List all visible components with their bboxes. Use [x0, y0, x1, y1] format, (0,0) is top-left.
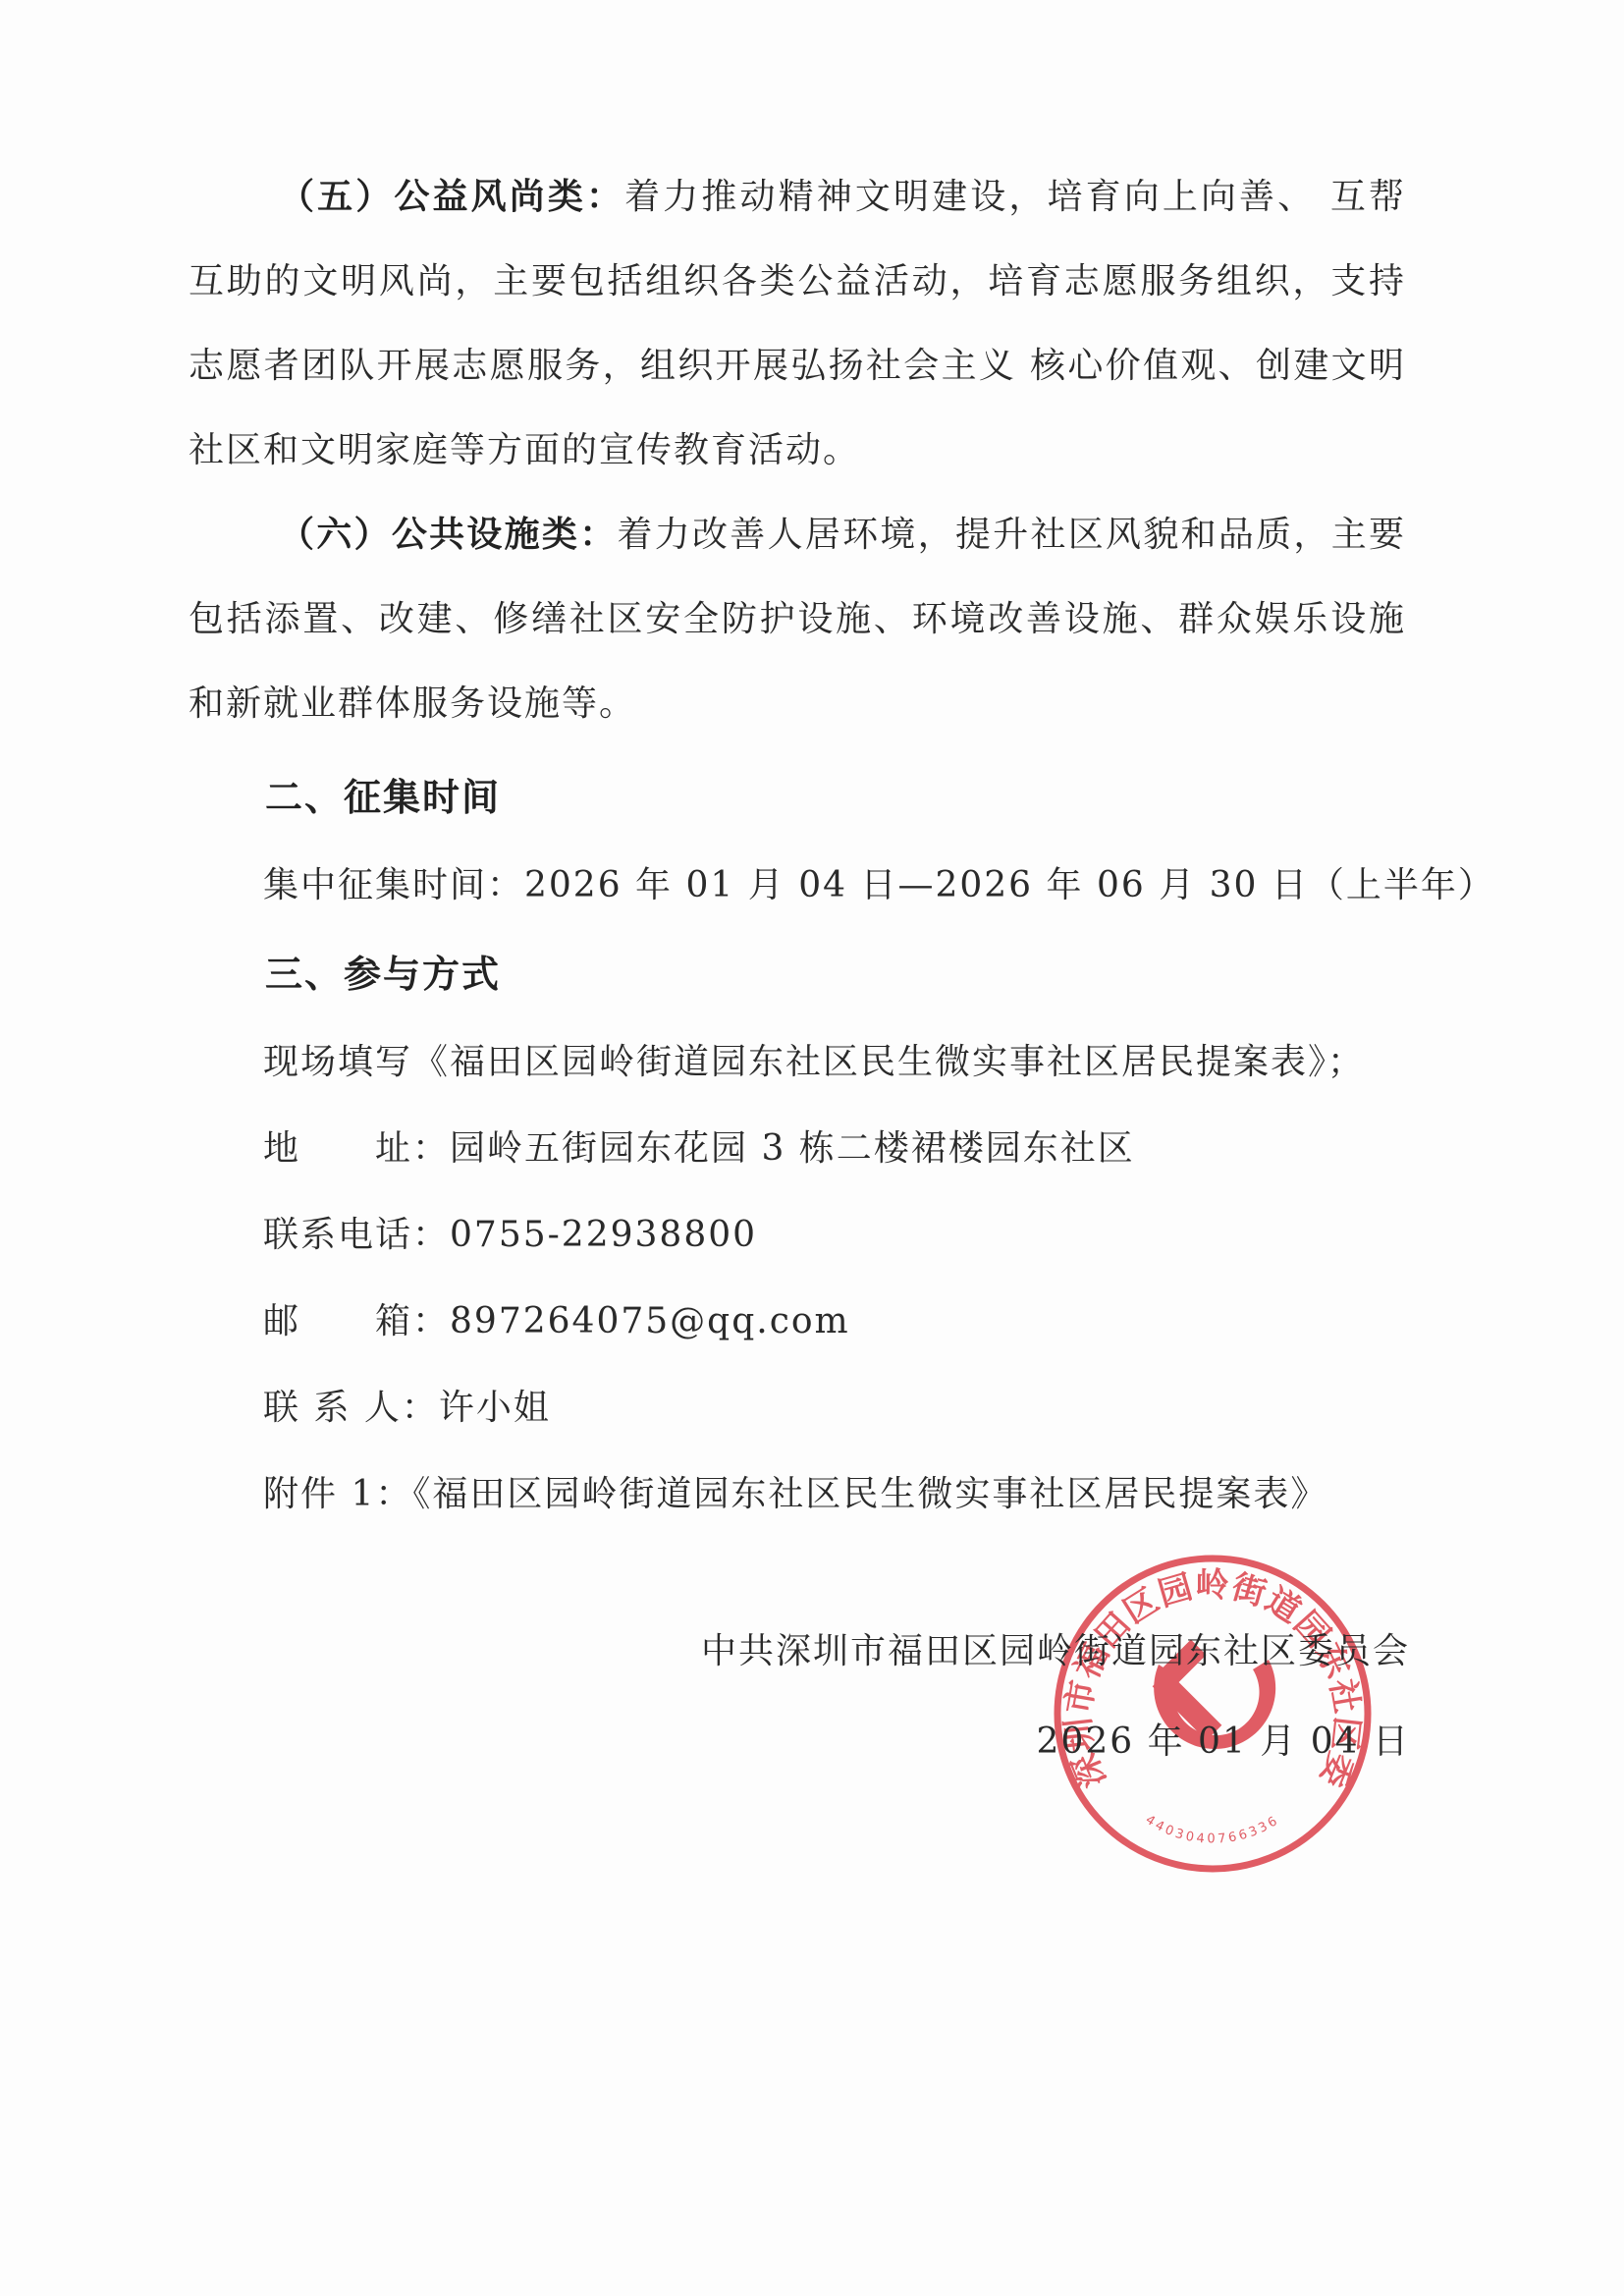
collection-time-text: 集中征集时间：2026 年 01 月 04 日—2026 年 06 月 30 日… [263, 864, 1495, 907]
onsite-instruction: 现场填写《福田区园岭街道园东社区民生微实事社区居民提案表》； [263, 1041, 1365, 1084]
paragraph-section-six: （六）公共设施类：着力改善人居环境，提升社区风貌和品质，主要包括添置、改建、修缮… [189, 493, 1406, 746]
svg-text:4403040766336: 4403040766336 [1143, 1813, 1282, 1847]
address-row: 地 址：园岭五街园东花园 3 栋二楼裙楼园东社区 [263, 1127, 1135, 1171]
signature-date: 2026 年 01 月 04 日 [1037, 1721, 1410, 1764]
contact-row: 联 系 人：许小姐 [263, 1387, 551, 1430]
address-label: 地 址： [263, 1128, 450, 1169]
email-value: 897264075@qq.com [450, 1301, 850, 1341]
email-label: 邮 箱： [263, 1301, 450, 1341]
section-five-label: （五）公益风尚类： [279, 177, 624, 217]
contact-value: 许小姐 [439, 1388, 551, 1428]
section-six-label: （六）公共设施类： [279, 515, 617, 555]
attachment-line: 附件 1：《福田区园岭街道园东社区民生微实事社区居民提案表》 [263, 1473, 1327, 1516]
phone-value: 0755-22938800 [450, 1215, 757, 1255]
heading-participation: 三、参与方式 [265, 953, 501, 996]
paragraph-section-five: （五）公益风尚类：着力推动精神文明建设，培育向上向善、 互帮互助的文明风尚，主要… [189, 155, 1406, 493]
section-five-text: 着力推动精神文明建设，培育向上向善、 互帮互助的文明风尚，主要包括组织各类公益活… [189, 177, 1406, 470]
document-page: （五）公益风尚类：着力推动精神文明建设，培育向上向善、 互帮互助的文明风尚，主要… [0, 0, 1624, 2296]
phone-label: 联系电话： [263, 1215, 450, 1255]
signature-organization: 中共深圳市福田区园岭街道园东社区委员会 [701, 1630, 1410, 1673]
official-seal-icon: 中共深圳市福田区园岭街道园东社区委员会 4403040766336 [1051, 1552, 1375, 1876]
email-row: 邮 箱：897264075@qq.com [263, 1300, 850, 1343]
heading-collection-time: 二、征集时间 [265, 776, 501, 819]
phone-row: 联系电话：0755-22938800 [263, 1214, 757, 1257]
seal-serial: 4403040766336 [1143, 1813, 1282, 1847]
address-value: 园岭五街园东花园 3 栋二楼裙楼园东社区 [450, 1128, 1135, 1169]
contact-label: 联 系 人： [263, 1388, 439, 1428]
